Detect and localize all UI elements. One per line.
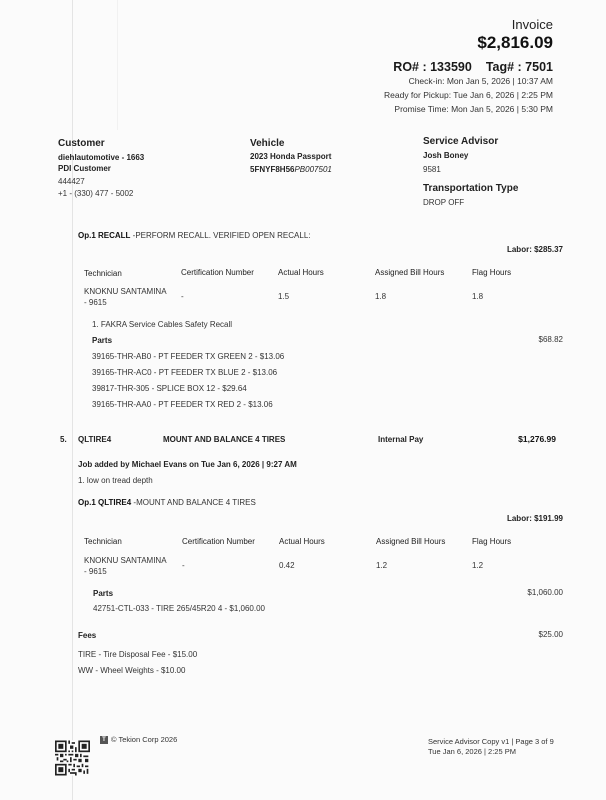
technician-name: KNOKNU SANTAMINA- 9615 (84, 555, 167, 577)
transportation-heading: Transportation Type (423, 183, 518, 194)
job-code: QLTIRE4 (78, 435, 111, 444)
part-line: 39165-THR-AB0 - PT FEEDER TX GREEN 2 - $… (92, 352, 284, 361)
job-labor-total: Labor: $191.99 (507, 514, 563, 523)
customer-type: PDI Customer (58, 164, 111, 173)
copyright-text: © Tekion Corp 2026 (111, 735, 177, 744)
recall-op-desc: -PERFORM RECALL. VERIFIED OPEN RECALL: (130, 231, 310, 240)
job-total: $1,276.99 (518, 434, 556, 444)
col-assigned-bill-hours: Assigned Bill Hours (375, 268, 444, 277)
job-description: MOUNT AND BALANCE 4 TIRES (163, 435, 285, 444)
col-actual-hours: Actual Hours (278, 268, 324, 277)
tekion-logo-icon: T (100, 736, 108, 744)
recall-note: 1. FAKRA Service Cables Safety Recall (92, 320, 232, 329)
job-concern: 1. low on tread depth (78, 476, 153, 485)
part-line: 39817-THR-305 - SPLICE BOX 12 - $29.64 (92, 384, 247, 393)
part-line: 42751-CTL-033 - TIRE 265/45R20 4 - $1,06… (93, 604, 265, 613)
ready-for-pickup-time: Ready for Pickup: Tue Jan 6, 2026 | 2:25… (384, 90, 553, 100)
scan-artifact-line (72, 0, 73, 800)
job-parts-label: Parts (93, 589, 113, 598)
fee-line: WW - Wheel Weights - $10.00 (78, 666, 185, 675)
col-actual-hours: Actual Hours (279, 537, 325, 546)
assigned-bill-hours: 1.2 (376, 560, 387, 571)
col-technician: Technician (84, 537, 122, 546)
check-in-time: Check-in: Mon Jan 5, 2026 | 10:37 AM (409, 76, 553, 86)
actual-hours: 1.5 (278, 291, 289, 302)
col-technician: Technician (84, 269, 122, 278)
qr-code-icon (55, 740, 90, 776)
invoice-total: $2,816.09 (477, 33, 553, 53)
certification-number: - (182, 560, 185, 571)
ro-tag-line: RO# : 133590Tag# : 7501 (393, 60, 553, 74)
vehicle-vin: 5FNYF8H56PB007501 (250, 165, 332, 174)
col-certification: Certification Number (182, 537, 255, 546)
vehicle-description: 2023 Honda Passport (250, 152, 331, 161)
job-op-desc: -MOUNT AND BALANCE 4 TIRES (131, 498, 256, 507)
customer-id: 444427 (58, 177, 85, 186)
scan-artifact-line (117, 0, 118, 130)
recall-parts-label: Parts (92, 336, 112, 345)
flag-hours: 1.2 (472, 560, 483, 571)
footer-copyright: T© Tekion Corp 2026 (100, 735, 177, 744)
vehicle-heading: Vehicle (250, 138, 284, 149)
service-advisor-heading: Service Advisor (423, 136, 498, 147)
technician-name: KNOKNU SANTAMINA- 9615 (84, 286, 167, 308)
transportation-value: DROP OFF (423, 198, 464, 207)
certification-number: - (181, 291, 184, 302)
job-op-line: Op.1 QLTIRE4 -MOUNT AND BALANCE 4 TIRES (78, 498, 256, 507)
col-flag-hours: Flag Hours (472, 537, 511, 546)
footer-printed-date: Tue Jan 6, 2026 | 2:25 PM (428, 747, 516, 756)
recall-op-line: Op.1 RECALL -PERFORM RECALL. VERIFIED OP… (78, 231, 311, 240)
job-pay-type: Internal Pay (378, 435, 423, 444)
customer-name: diehlautomotive - 1663 (58, 153, 144, 162)
flag-hours: 1.8 (472, 291, 483, 302)
promise-time: Promise Time: Mon Jan 5, 2026 | 5:30 PM (394, 104, 553, 114)
col-flag-hours: Flag Hours (472, 268, 511, 277)
footer-copy-info: Service Advisor Copy v1 | Page 3 of 9 (428, 737, 554, 746)
assigned-bill-hours: 1.8 (375, 291, 386, 302)
job-number: 5. (60, 435, 67, 444)
vin-suffix: PB007501 (294, 165, 331, 174)
recall-op-label: Op.1 RECALL (78, 231, 130, 240)
vin-prefix: 5FNYF8H56 (250, 165, 294, 174)
job-parts-total: $1,060.00 (527, 588, 563, 597)
col-assigned-bill-hours: Assigned Bill Hours (376, 537, 445, 546)
service-advisor-id: 9581 (423, 165, 441, 174)
customer-heading: Customer (58, 138, 105, 149)
recall-labor-total: Labor: $285.37 (507, 245, 563, 254)
fees-label: Fees (78, 631, 96, 640)
fees-total: $25.00 (539, 630, 563, 639)
tag-number: Tag# : 7501 (486, 60, 553, 74)
service-advisor-name: Josh Boney (423, 151, 468, 160)
job-added-by: Job added by Michael Evans on Tue Jan 6,… (78, 460, 297, 469)
customer-phone: +1 - (330) 477 - 5002 (58, 189, 133, 198)
ro-number: RO# : 133590 (393, 60, 472, 74)
job-op-label: Op.1 QLTIRE4 (78, 498, 131, 507)
recall-parts-total: $68.82 (539, 335, 563, 344)
actual-hours: 0.42 (279, 560, 295, 571)
invoice-title: Invoice (512, 17, 553, 32)
part-line: 39165-THR-AC0 - PT FEEDER TX BLUE 2 - $1… (92, 368, 277, 377)
col-certification: Certification Number (181, 268, 254, 277)
part-line: 39165-THR-AA0 - PT FEEDER TX RED 2 - $13… (92, 400, 273, 409)
fee-line: TIRE - Tire Disposal Fee - $15.00 (78, 650, 197, 659)
